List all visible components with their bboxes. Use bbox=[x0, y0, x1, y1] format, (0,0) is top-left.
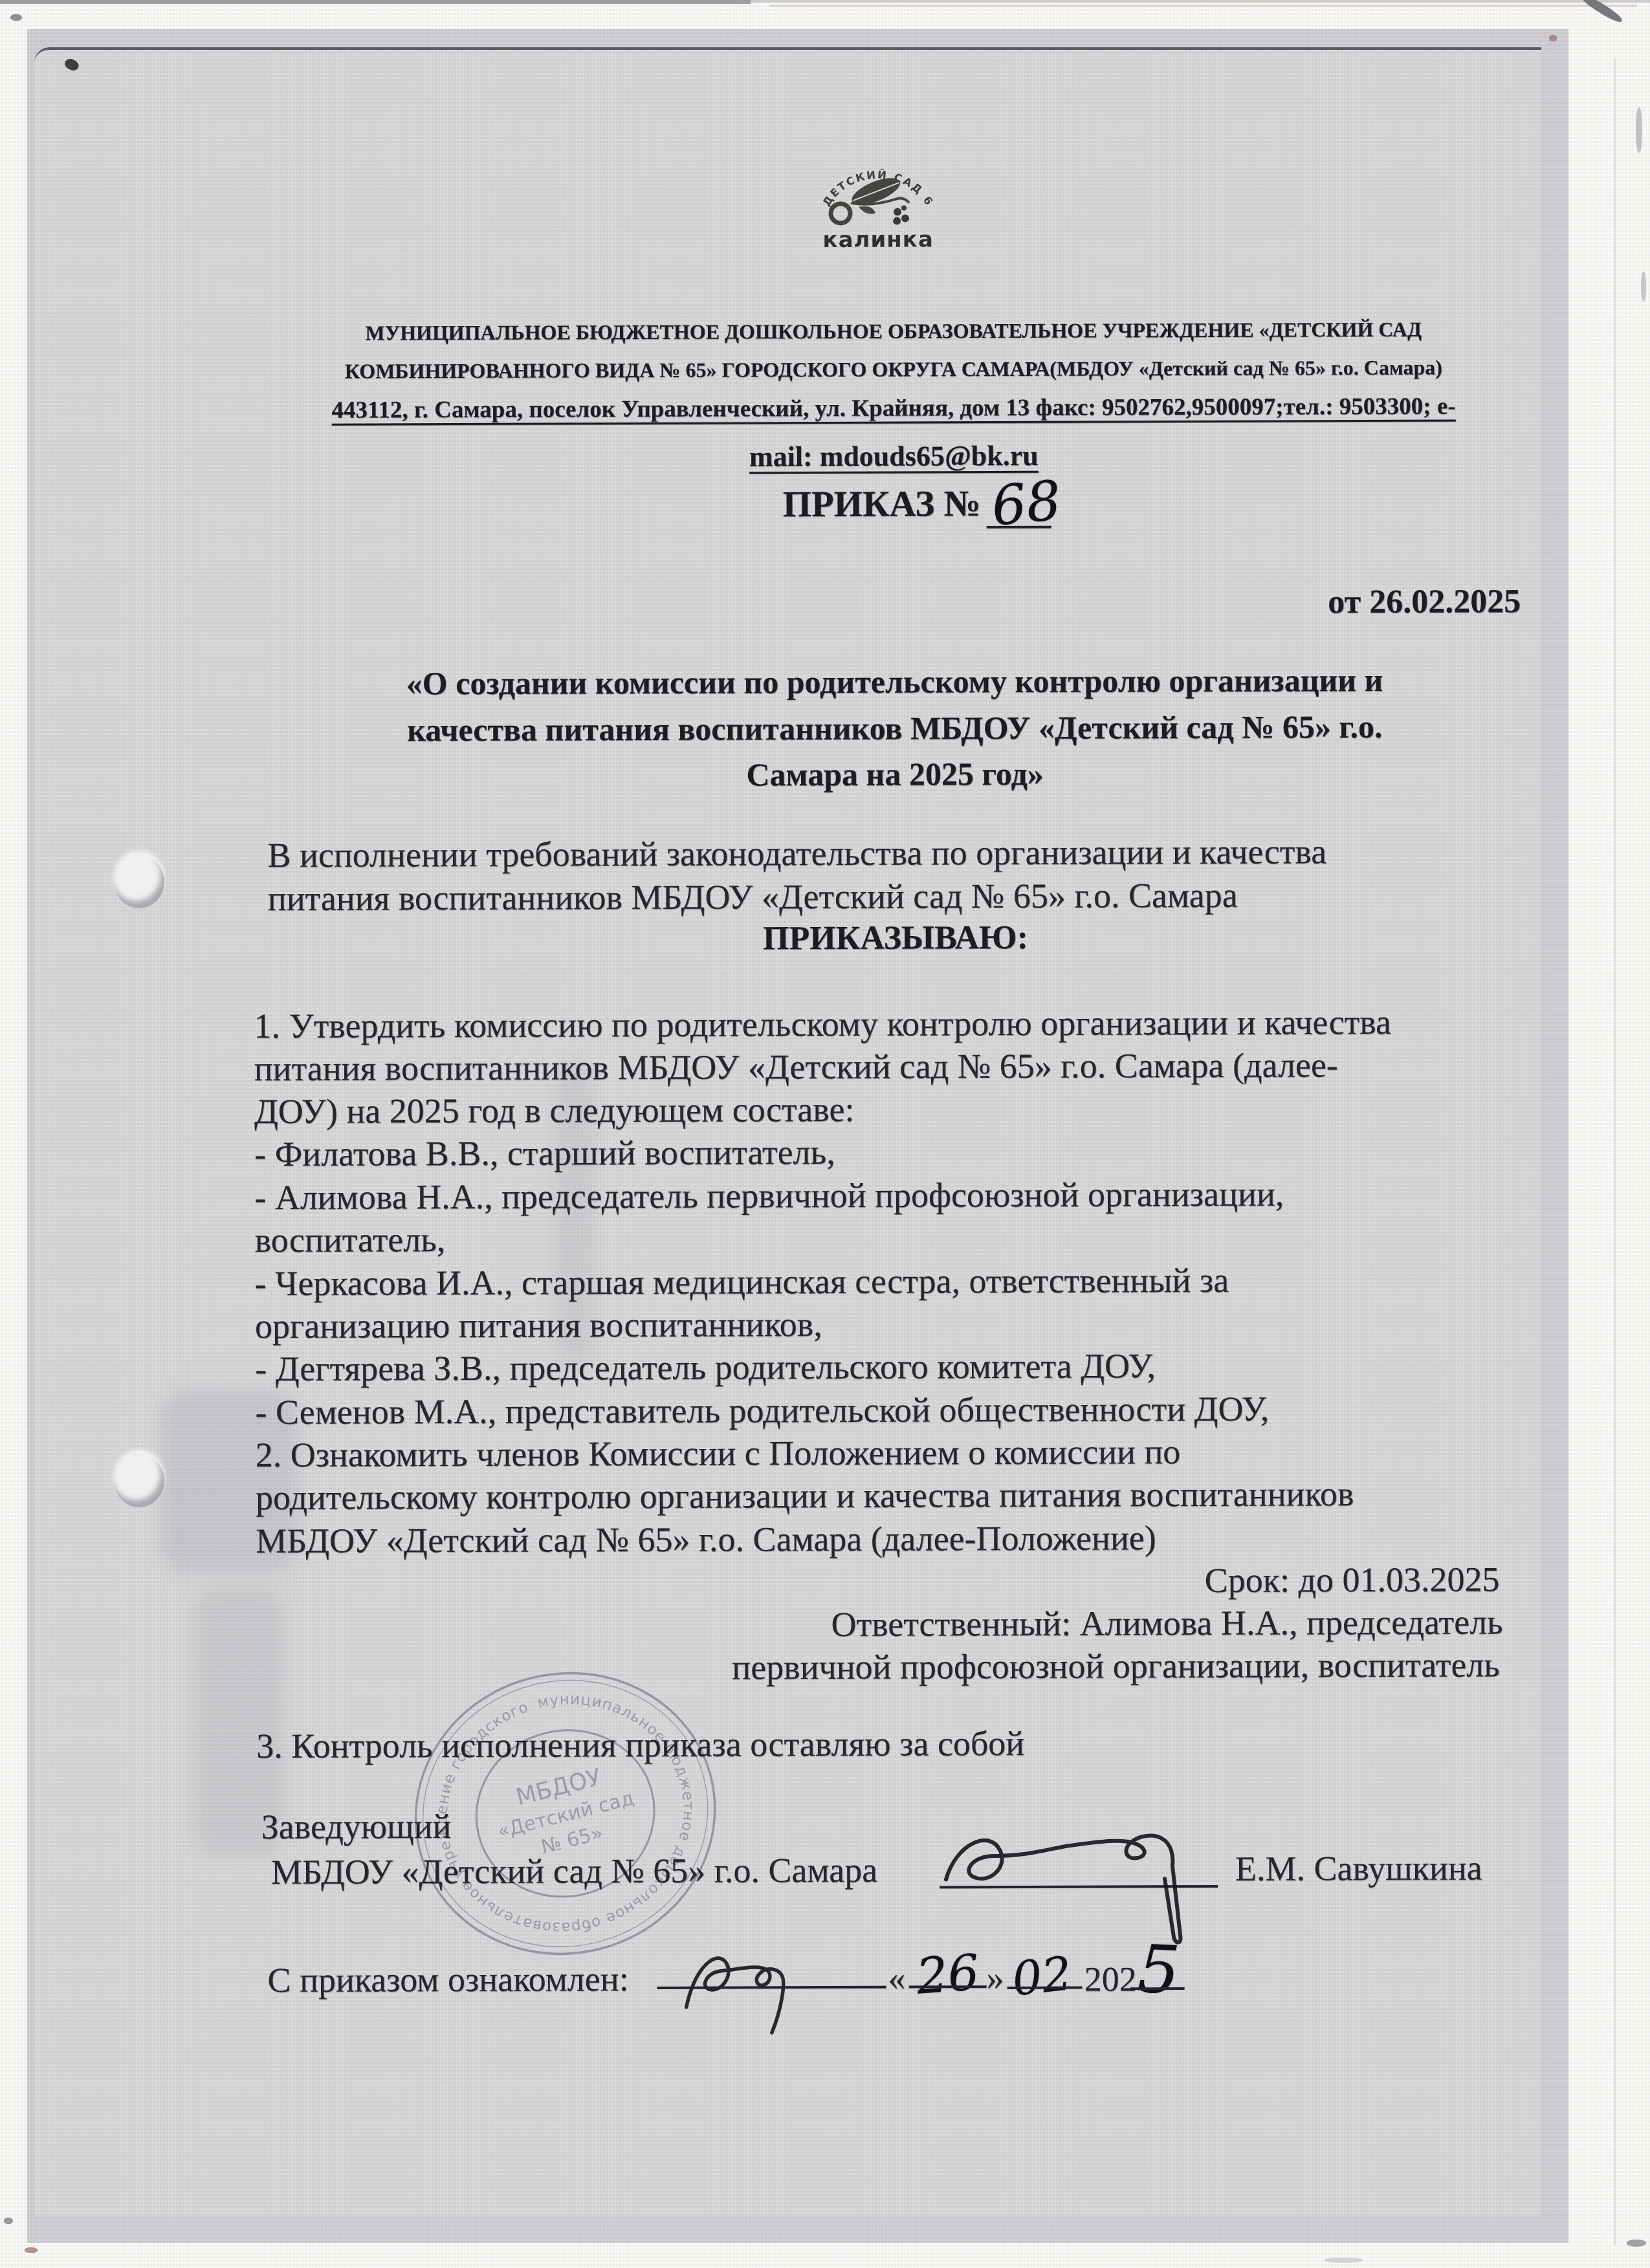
responsible-line1: Ответственный: Алимова Н.А., председател… bbox=[831, 1602, 1502, 1644]
body-line: МБДОУ «Детский сад № 65» г.о. Самара (да… bbox=[256, 1518, 1156, 1561]
body-line: - Дегтярева З.В., председатель родительс… bbox=[255, 1346, 1156, 1389]
ack-signature-underline bbox=[657, 1986, 886, 1989]
org-email-line: mail: mdouds65@bk.ru bbox=[256, 437, 1531, 475]
ack-year-printed: 202 bbox=[1084, 1959, 1136, 1999]
deadline-line: Срок: до 01.03.2025 bbox=[1205, 1559, 1500, 1600]
ack-month-handwritten: 02 bbox=[1009, 1946, 1074, 2006]
resolve-word: ПРИКАЗЫВАЮ: bbox=[258, 917, 1533, 959]
ack-month-underline bbox=[1007, 1987, 1083, 1989]
body-line: - Филатова В.В., старший воспитатель, bbox=[254, 1132, 835, 1174]
body-line: воспитатель, bbox=[254, 1219, 445, 1260]
org-name-line2: КОМБИНИРОВАННОГО ВИДА № 65» ГОРОДСКОГО О… bbox=[256, 355, 1531, 384]
document-content: ДЕТСКИЙ САД 65 калинка МУНИЦИПАЛЬНОЕ БЮД… bbox=[0, 0, 1650, 2268]
org-name-line1: МУНИЦИПАЛЬНОЕ БЮДЖЕТНОЕ ДОШКОЛЬНОЕ ОБРАЗ… bbox=[256, 317, 1531, 345]
order-number-underline bbox=[987, 526, 1051, 529]
body-line: - Черкасова И.А., старшая медицинская се… bbox=[255, 1260, 1229, 1303]
body-line: - Семенов М.А., представитель родительск… bbox=[255, 1389, 1269, 1432]
kalinka-logo: ДЕТСКИЙ САД 65 калинка bbox=[813, 152, 943, 256]
ack-year-digit-handwritten: 5 bbox=[1136, 1931, 1182, 2010]
director-signature bbox=[934, 1816, 1233, 1947]
order-title-line2: качества питания воспитанников МБДОУ «Де… bbox=[258, 707, 1532, 749]
body-line: ДОУ) на 2025 год в следующем составе: bbox=[254, 1089, 855, 1131]
ack-day-underline bbox=[909, 1985, 987, 1988]
order-date: от 26.02.2025 bbox=[1328, 582, 1521, 621]
order-label: ПРИКАЗ № bbox=[782, 483, 980, 525]
ack-quote-close: » bbox=[986, 1957, 1004, 1998]
body-line: родительскому контролю организации и кач… bbox=[256, 1474, 1354, 1518]
responsible-line2: первичной профсоюзной организации, воспи… bbox=[732, 1644, 1500, 1687]
body-line: питания воспитанников МБДОУ «Детский сад… bbox=[254, 1045, 1338, 1089]
order-title-line3: Самара на 2025 год» bbox=[258, 753, 1532, 795]
ack-quote-open: « bbox=[888, 1958, 905, 1998]
preamble-line2: питания воспитанников МБДОУ «Детский сад… bbox=[268, 875, 1238, 919]
scanned-order-document: ДЕТСКИЙ САД 65 калинка МУНИЦИПАЛЬНОЕ БЮД… bbox=[0, 0, 1650, 2268]
body-line: 2. Ознакомить членов Комиссии с Положени… bbox=[256, 1432, 1181, 1475]
logo-wordmark: калинка bbox=[822, 226, 933, 253]
org-address-line: 443112, г. Самара, поселок Управленчески… bbox=[256, 392, 1531, 424]
body-line: - Алимова Н.А., председатель первичной п… bbox=[254, 1174, 1284, 1218]
ack-year-underline bbox=[1130, 1987, 1185, 1990]
signer-name: Е.М. Савушкина bbox=[1235, 1848, 1482, 1888]
ack-day-handwritten: 26 bbox=[914, 1943, 981, 2005]
ack-signature bbox=[676, 1934, 831, 2045]
order-title-line1: «О создании комиссии по родительскому ко… bbox=[257, 660, 1532, 703]
body-line: организацию питания воспитанников, bbox=[255, 1304, 822, 1346]
body-line: 1. Утвердить комиссию по родительскому к… bbox=[254, 1002, 1391, 1046]
preamble-line1: В исполнении требований законодательства… bbox=[267, 831, 1326, 875]
